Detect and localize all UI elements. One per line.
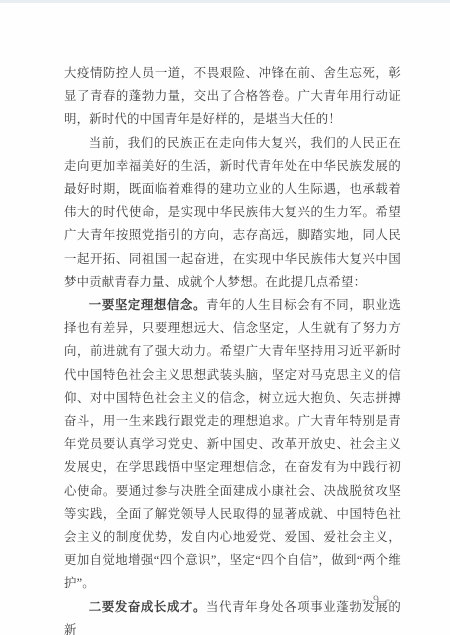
scan-edge-strip (0, 0, 450, 3)
paragraph-text: 大疫情防控人员一道，不畏艰险、冲锋在前、舍生忘死，彰显了青春的蓬勃力量，交出了合… (64, 66, 401, 126)
paragraph-text: 当前，我们的民族正在走向伟大复兴，我们的人民正在走向更加幸福美好的生活，新时代青… (64, 136, 401, 289)
paragraph-lead-bold: 二要发奋成长成才。 (89, 600, 206, 614)
page-number: - 9 - (362, 592, 392, 607)
document-body: 大疫情防控人员一道，不畏艰险、冲锋在前、舍生忘死，彰显了青春的蓬勃力量，交出了合… (64, 62, 401, 635)
paragraph: 二要发奋成长成才。当代青年身处各项事业蓬勃发展的新 (64, 596, 401, 635)
document-page: 大疫情防控人员一道，不畏艰险、冲锋在前、舍生忘死，彰显了青春的蓬勃力量，交出了合… (0, 0, 450, 635)
paragraph: 当前，我们的民族正在走向伟大复兴，我们的人民正在走向更加幸福美好的生活，新时代青… (64, 132, 401, 294)
paragraph: 大疫情防控人员一道，不畏艰险、冲锋在前、舍生忘死，彰显了青春的蓬勃力量，交出了合… (64, 62, 401, 132)
paragraph-text: 青年的人生目标会有不同，职业选择也有差异，只要理想远大、信念坚定，人生就有了努力… (64, 298, 401, 590)
paragraph-lead-bold: 一要坚定理想信念。 (89, 298, 206, 312)
paragraph: 一要坚定理想信念。青年的人生目标会有不同，职业选择也有差异，只要理想远大、信念坚… (64, 294, 401, 596)
